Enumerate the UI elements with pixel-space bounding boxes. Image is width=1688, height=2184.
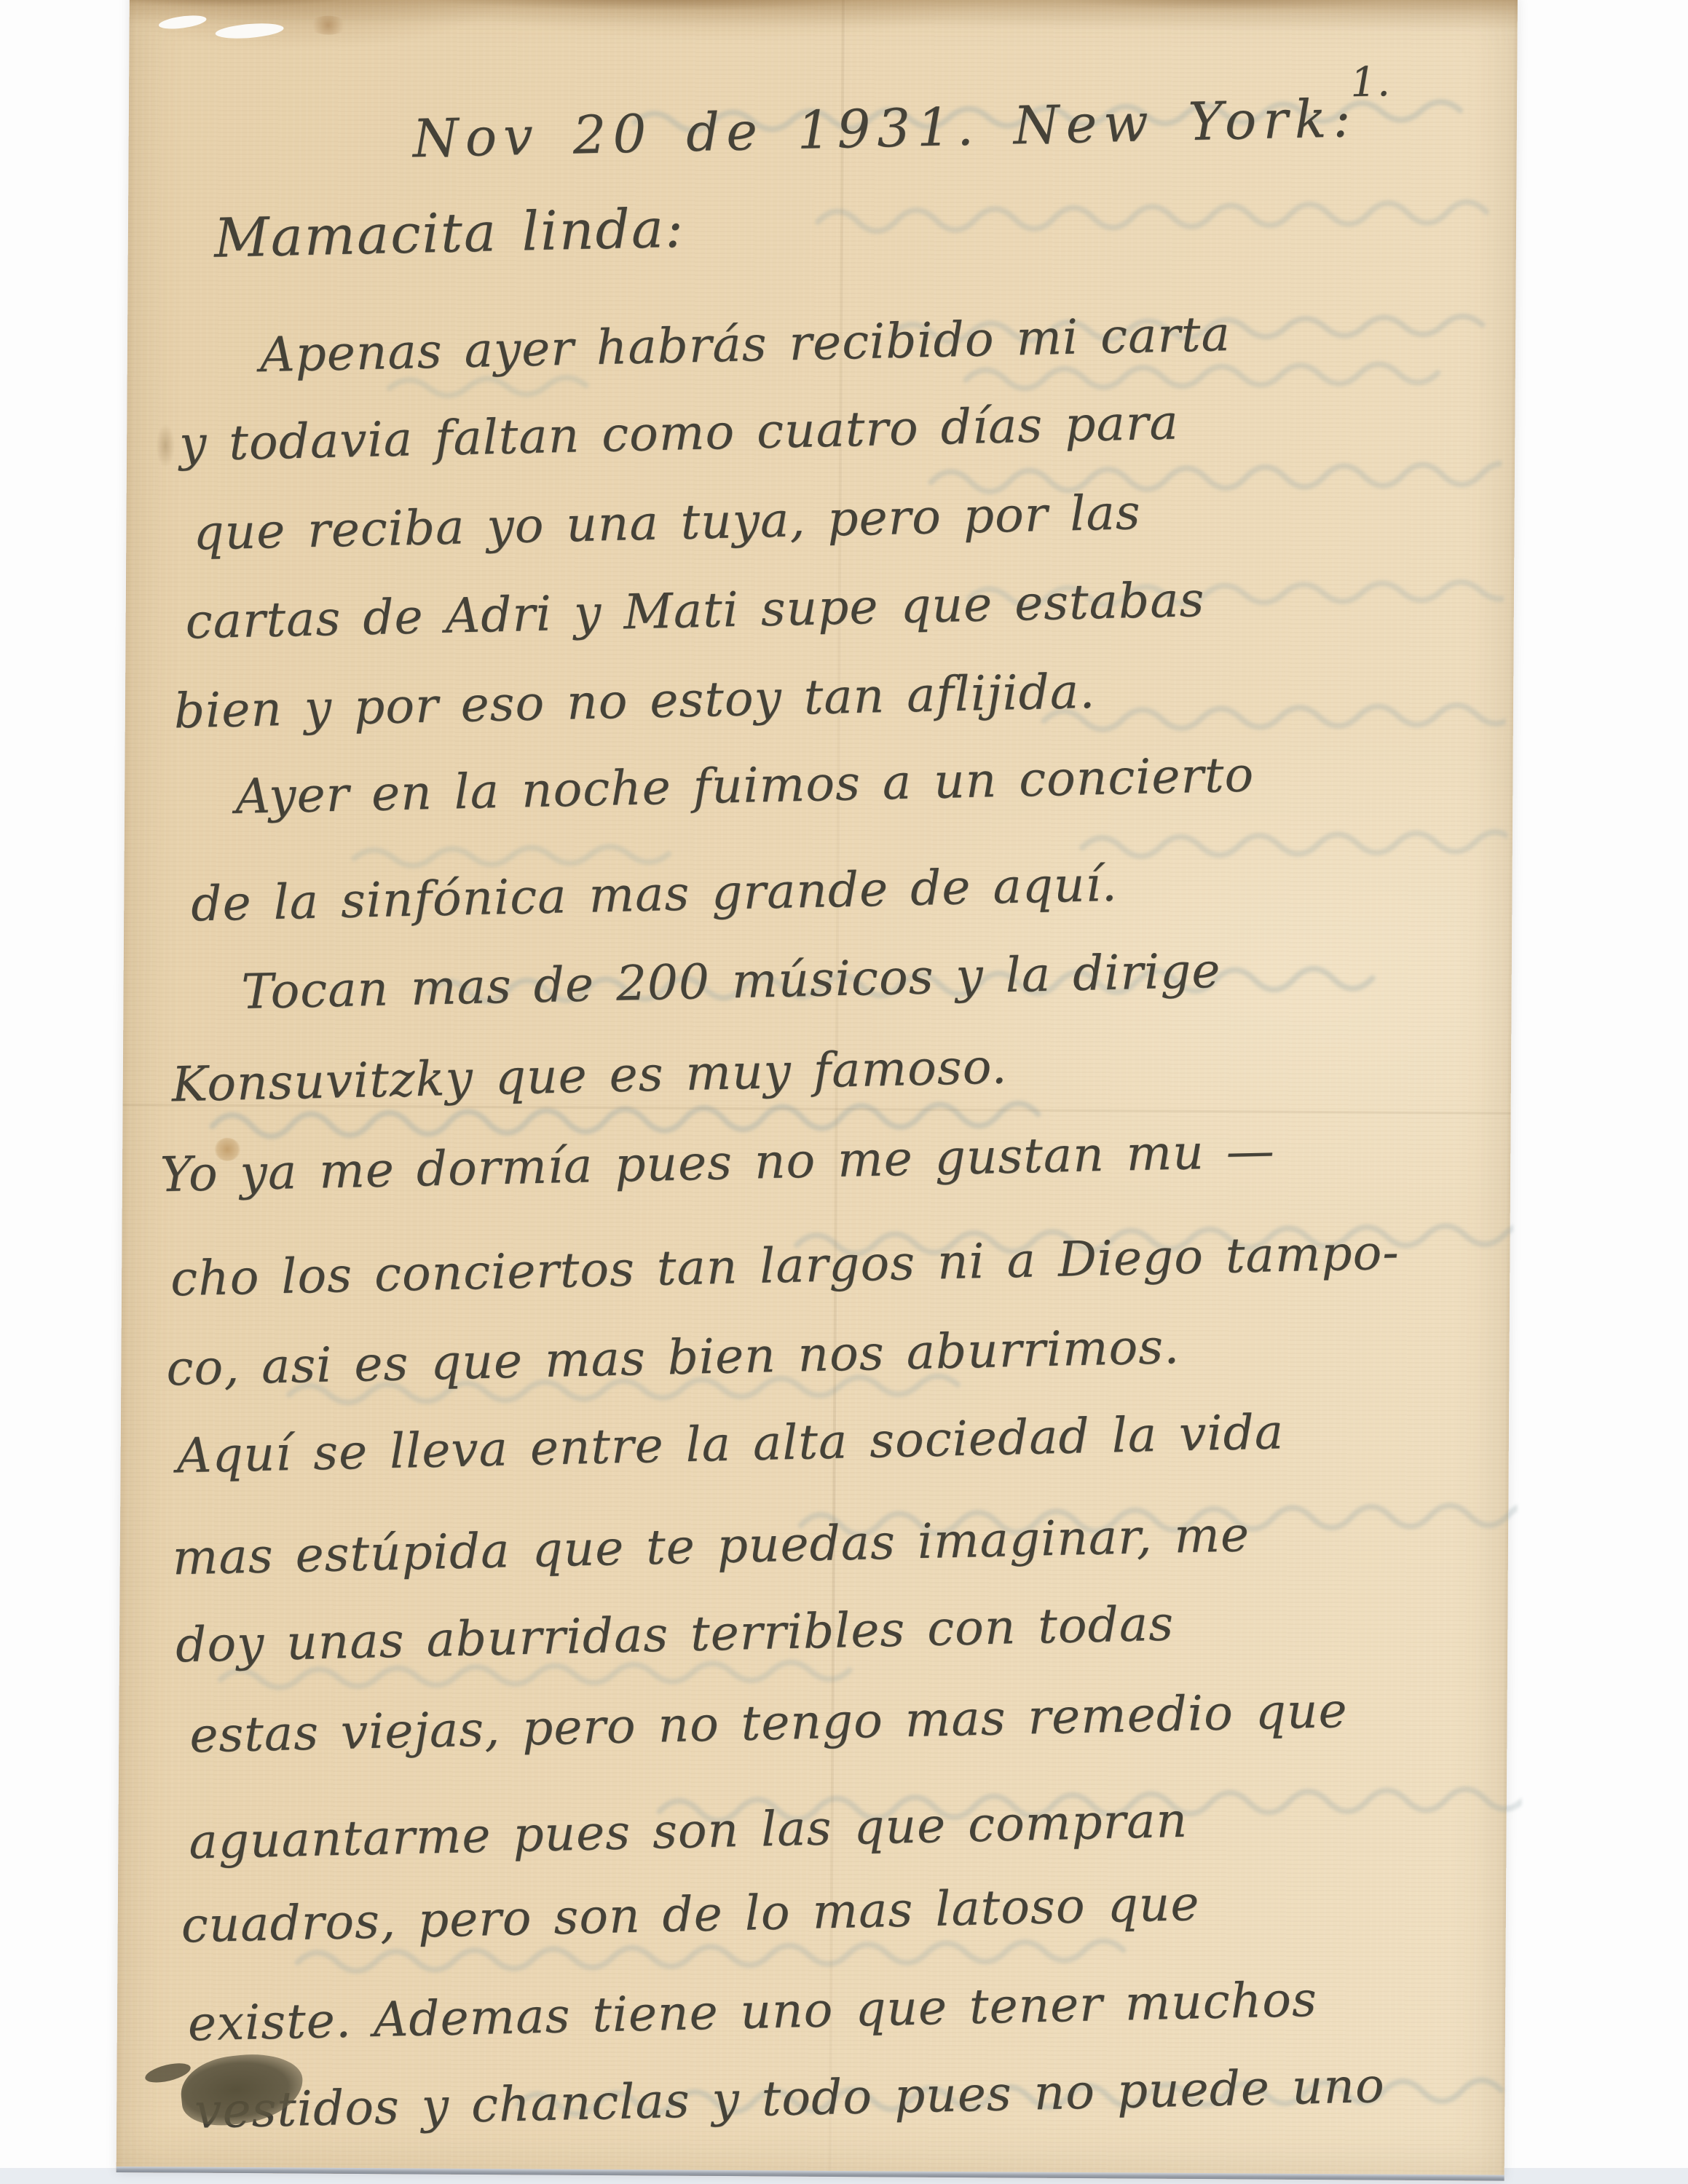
letter-page: 1. Nov 20 de 1931. New York: Mamacita li… (117, 0, 1518, 2181)
salutation: Mamacita linda: (213, 202, 685, 266)
